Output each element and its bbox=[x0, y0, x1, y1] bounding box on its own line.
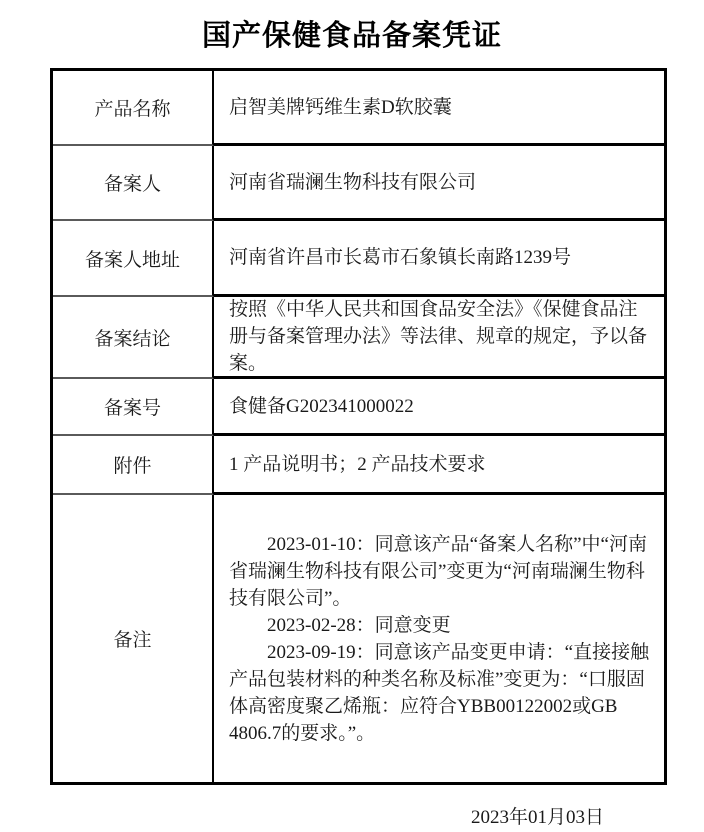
conclusion-label: 备案结论 bbox=[53, 297, 214, 379]
page-title: 国产保健食品备案凭证 bbox=[0, 13, 704, 54]
remark-paragraph-3: 2023-09-19：同意该产品变更申请：“直接接触产品包装材料的种类名称及标准… bbox=[229, 639, 652, 747]
certificate-table: 产品名称 启智美牌钙维生素D软胶囊 备案人 河南省瑞澜生物科技有限公司 备案人地… bbox=[50, 68, 667, 785]
registrant-value: 河南省瑞澜生物科技有限公司 bbox=[214, 146, 664, 221]
registrant-label: 备案人 bbox=[53, 146, 214, 221]
conclusion-value: 按照《中华人民共和国食品安全法》《保健食品注册与备案管理办法》等法律、规章的规定… bbox=[214, 297, 664, 379]
attachments-label: 附件 bbox=[53, 436, 214, 495]
registrant-address-label: 备案人地址 bbox=[53, 221, 214, 297]
remarks-value: 2023-01-10：同意该产品“备案人名称”中“河南省瑞澜生物科技有限公司”变… bbox=[214, 495, 664, 782]
remark-paragraph-1: 2023-01-10：同意该产品“备案人名称”中“河南省瑞澜生物科技有限公司”变… bbox=[229, 531, 652, 612]
registration-number-label: 备案号 bbox=[53, 379, 214, 436]
remarks-label: 备注 bbox=[53, 495, 214, 782]
issue-date: 2023年01月03日 bbox=[471, 802, 604, 829]
product-name-label: 产品名称 bbox=[53, 71, 214, 146]
registrant-address-value: 河南省许昌市长葛市石象镇长南路1239号 bbox=[214, 221, 664, 297]
row-registration-number: 备案号 食健备G202341000022 bbox=[53, 379, 664, 436]
row-remarks: 备注 2023-01-10：同意该产品“备案人名称”中“河南省瑞澜生物科技有限公… bbox=[53, 495, 664, 782]
row-attachments: 附件 1 产品说明书；2 产品技术要求 bbox=[53, 436, 664, 495]
row-registrant: 备案人 河南省瑞澜生物科技有限公司 bbox=[53, 146, 664, 221]
product-name-value: 启智美牌钙维生素D软胶囊 bbox=[214, 71, 664, 146]
attachments-value: 1 产品说明书；2 产品技术要求 bbox=[214, 436, 664, 495]
row-registrant-address: 备案人地址 河南省许昌市长葛市石象镇长南路1239号 bbox=[53, 221, 664, 297]
row-product-name: 产品名称 启智美牌钙维生素D软胶囊 bbox=[53, 71, 664, 146]
remarks-text-block: 2023-01-10：同意该产品“备案人名称”中“河南省瑞澜生物科技有限公司”变… bbox=[229, 531, 652, 747]
registration-number-value: 食健备G202341000022 bbox=[214, 379, 664, 436]
remark-paragraph-2: 2023-02-28：同意变更 bbox=[229, 612, 652, 639]
row-conclusion: 备案结论 按照《中华人民共和国食品安全法》《保健食品注册与备案管理办法》等法律、… bbox=[53, 297, 664, 379]
